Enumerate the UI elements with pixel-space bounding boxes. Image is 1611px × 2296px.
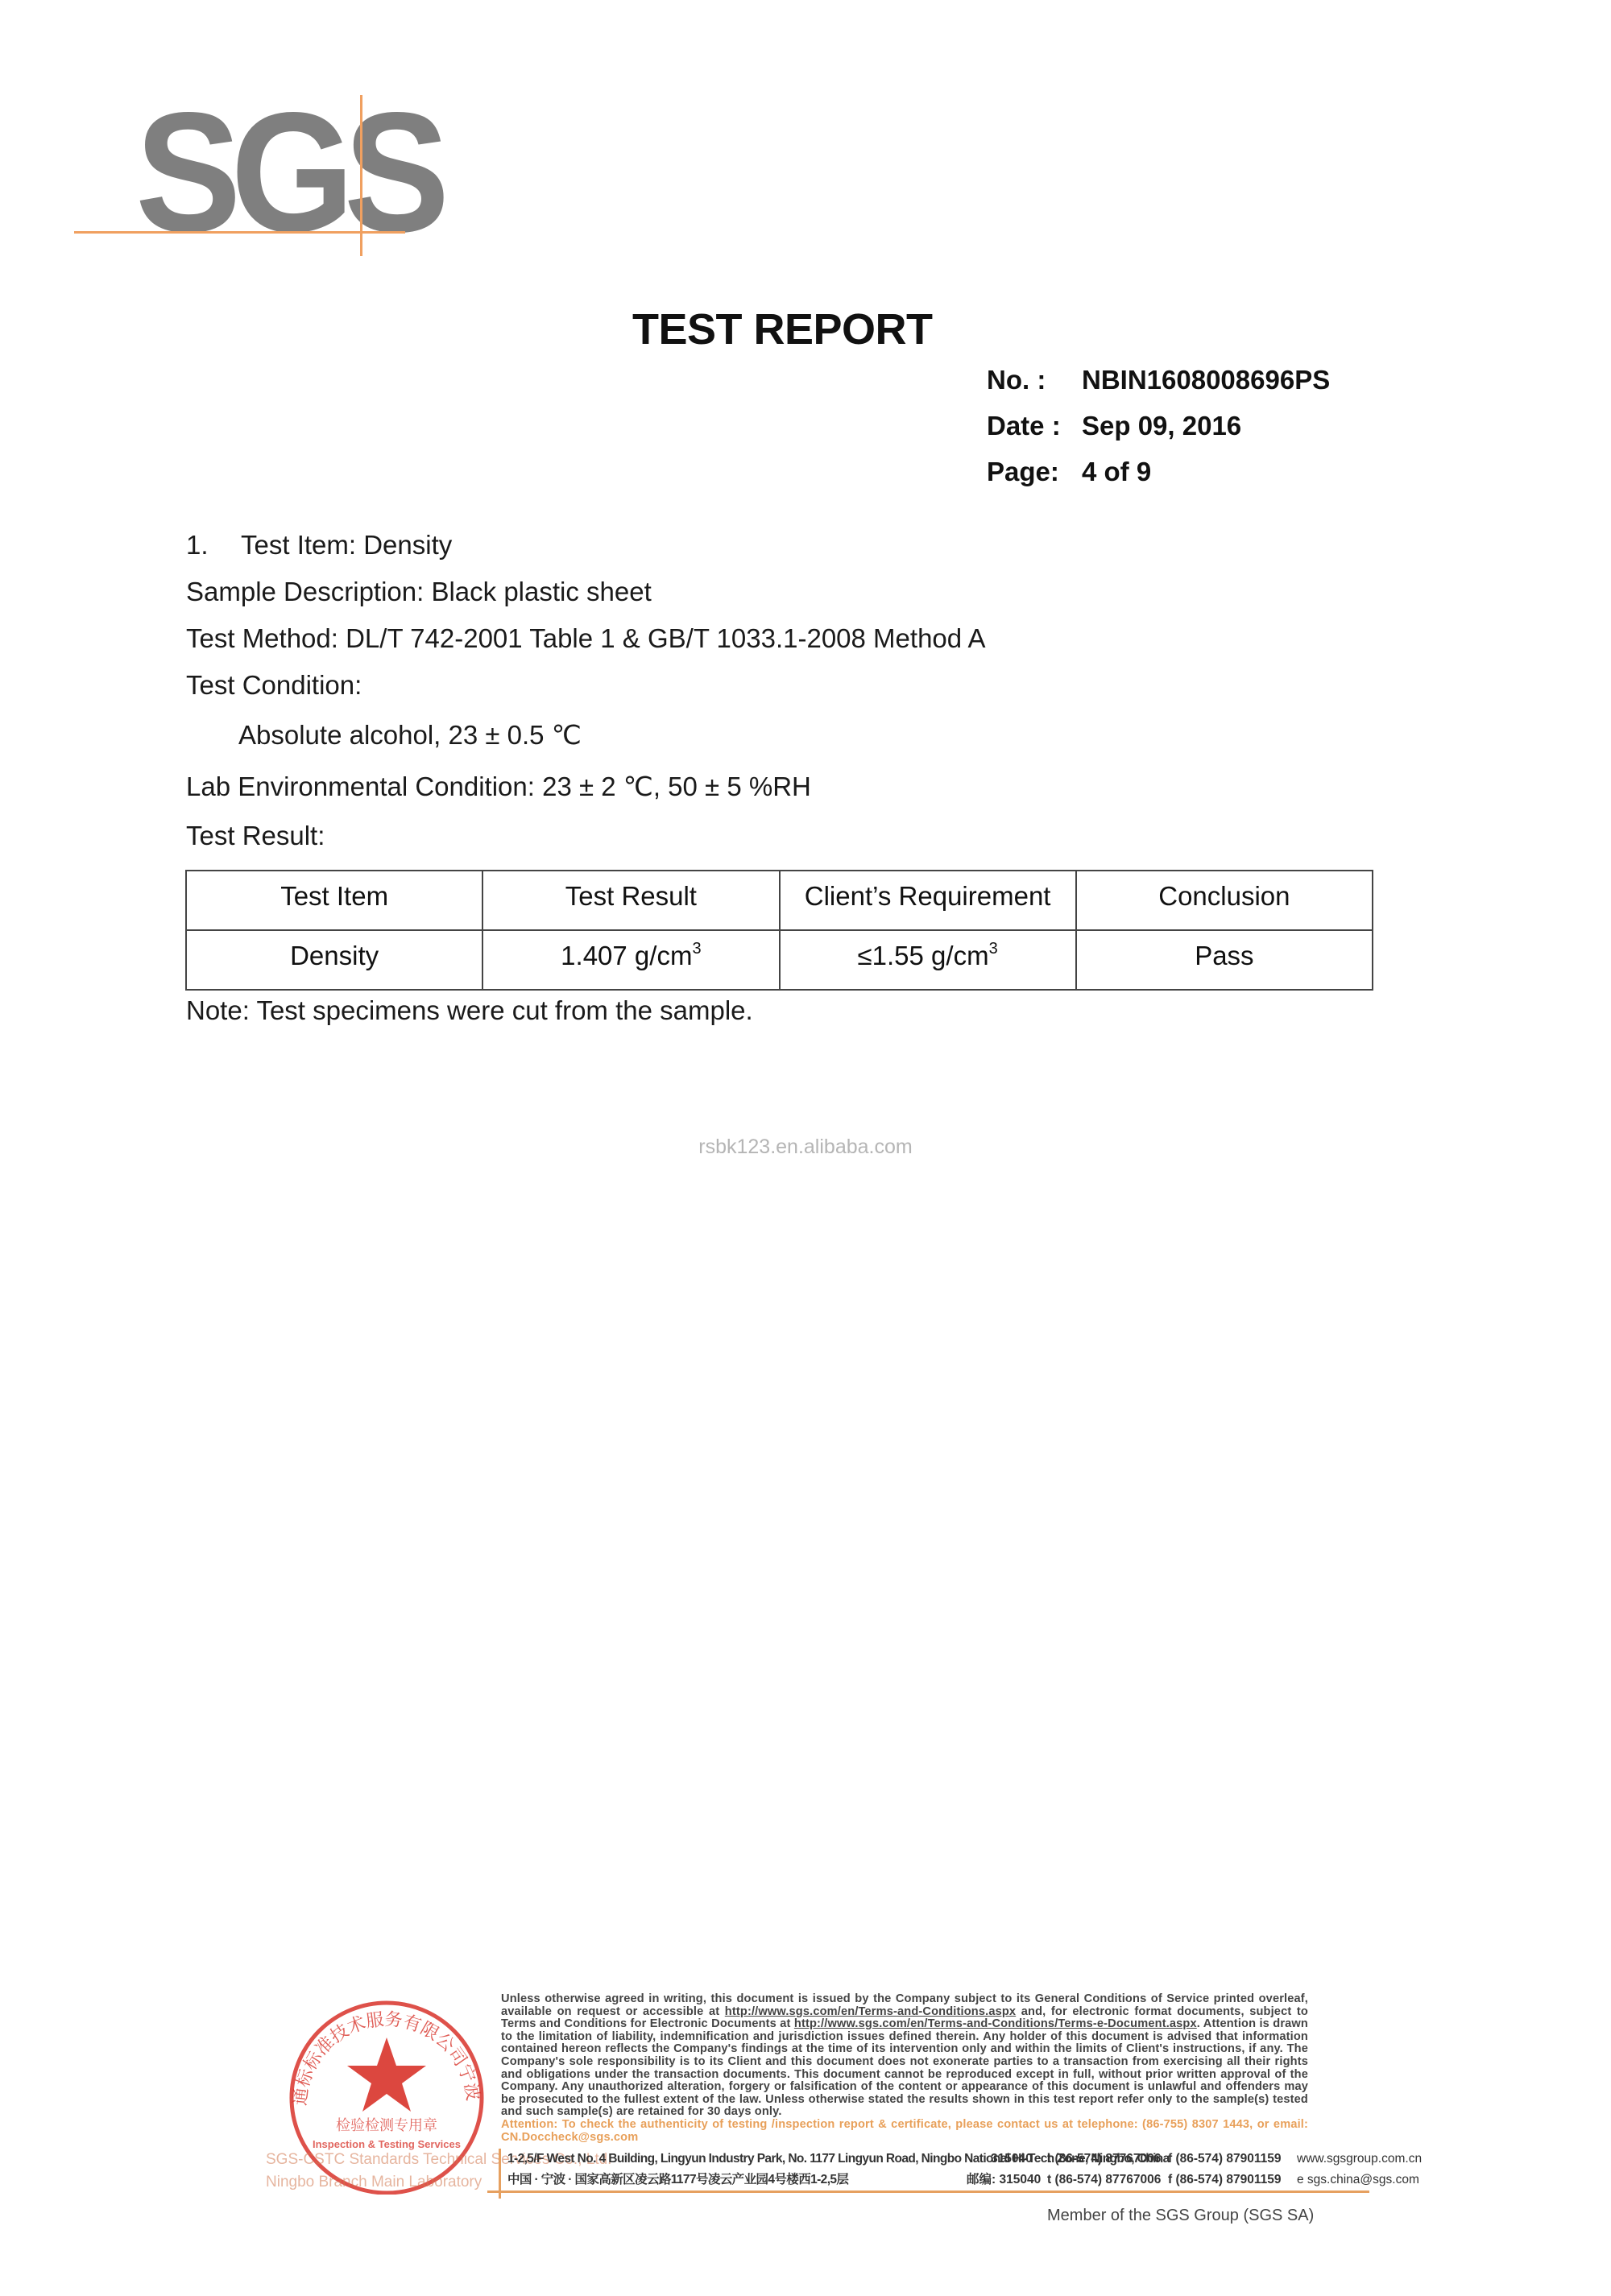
- header-test-item: Test Item: [186, 871, 482, 930]
- address-row-cn: 中国 · 宁波 · 国家高新区凌云路1177号凌云产业园4号楼西1-2,5层 邮…: [507, 2170, 1422, 2191]
- test-result-table: Test Item Test Result Client’s Requireme…: [185, 870, 1373, 991]
- address-text: 中国 · 宁波 · 国家高新区凌云路1177号凌云产业园4号楼西1-2,5层: [507, 2170, 991, 2191]
- lab-environment: Lab Environmental Condition: 23 ± 2 ℃, 5…: [186, 771, 811, 802]
- report-number-label: No. :: [987, 357, 1082, 403]
- page-title: TEST REPORT: [632, 304, 933, 354]
- report-page-row: Page: 4 of 9: [987, 449, 1330, 494]
- company-address: 1-2,5/F West No. 4 Building, Lingyun Ind…: [507, 2149, 1422, 2191]
- cell-test-item: Density: [186, 930, 482, 990]
- sample-description: Sample Description: Black plastic sheet: [186, 577, 652, 607]
- result-value: 1.407 g/cm: [561, 941, 692, 970]
- report-page-label: Page:: [987, 449, 1082, 494]
- address-row-en: 1-2,5/F West No. 4 Building, Lingyun Ind…: [507, 2149, 1422, 2170]
- postal-code: 邮编: 315040: [967, 2170, 1047, 2191]
- report-date-value: Sep 09, 2016: [1082, 403, 1241, 449]
- cell-test-result: 1.407 g/cm3: [482, 930, 779, 990]
- telephone: t (86-574) 87767006: [1047, 2170, 1168, 2191]
- postal-code: 315040: [991, 2149, 1047, 2170]
- address-text: 1-2,5/F West No. 4 Building, Lingyun Ind…: [507, 2149, 991, 2170]
- terms-link[interactable]: http://www.sgs.com/en/Terms-and-Conditio…: [725, 2005, 1016, 2018]
- watermark: rsbk123.en.alibaba.com: [0, 1136, 1611, 1159]
- footer-horizontal-rule: [487, 2191, 1369, 2193]
- test-condition-value: Absolute alcohol, 23 ± 0.5 ℃: [238, 719, 582, 751]
- e-document-terms-link[interactable]: http://www.sgs.com/en/Terms-and-Conditio…: [794, 2017, 1197, 2030]
- member-statement: Member of the SGS Group (SGS SA): [1047, 2207, 1314, 2225]
- report-meta: No. : NBIN1608008696PS Date : Sep 09, 20…: [987, 357, 1330, 494]
- test-item-text: Test Item: Density: [241, 530, 452, 560]
- report-date-label: Date :: [987, 403, 1082, 449]
- star-icon: [347, 2037, 426, 2112]
- header-test-result: Test Result: [482, 871, 779, 930]
- report-date-row: Date : Sep 09, 2016: [987, 403, 1330, 449]
- legal-disclaimer: Unless otherwise agreed in writing, this…: [501, 1993, 1308, 2144]
- website-link[interactable]: www.sgsgroup.com.cn: [1297, 2149, 1422, 2170]
- report-number-row: No. : NBIN1608008696PS: [987, 357, 1330, 403]
- requirement-unit-exponent: 3: [989, 940, 998, 958]
- header-client-requirement: Client’s Requirement: [780, 871, 1076, 930]
- report-number-value: NBIN1608008696PS: [1082, 357, 1330, 403]
- test-method: Test Method: DL/T 742-2001 Table 1 & GB/…: [186, 623, 985, 654]
- fax: f (86-574) 87901159: [1168, 2170, 1297, 2191]
- item-number: 1.: [186, 530, 241, 561]
- stamp-center-cn: 检验检测专用章: [336, 2117, 437, 2134]
- table-row: Density 1.407 g/cm3 ≤1.55 g/cm3 Pass: [186, 930, 1373, 990]
- sgs-logo: SGS: [0, 0, 451, 274]
- requirement-value: ≤1.55 g/cm: [858, 941, 989, 970]
- note: Note: Test specimens were cut from the s…: [186, 995, 753, 1026]
- test-condition-label: Test Condition:: [186, 670, 362, 701]
- authenticity-attention: Attention: To check the authenticity of …: [501, 2118, 1308, 2144]
- report-page-value: 4 of 9: [1082, 449, 1151, 494]
- test-result-label: Test Result:: [186, 821, 325, 851]
- disclaimer-text-3: . Attention is drawn to the limitation o…: [501, 2017, 1308, 2118]
- cell-conclusion: Pass: [1076, 930, 1373, 990]
- fax: f (86-574) 87901159: [1168, 2149, 1297, 2170]
- email-link[interactable]: e sgs.china@sgs.com: [1297, 2170, 1419, 2191]
- logo-baseline-rule: [74, 231, 405, 234]
- header-conclusion: Conclusion: [1076, 871, 1373, 930]
- telephone: t (86-574) 87767006: [1047, 2149, 1168, 2170]
- result-unit-exponent: 3: [692, 940, 701, 958]
- cell-client-requirement: ≤1.55 g/cm3: [780, 930, 1076, 990]
- test-item-line: 1.Test Item: Density: [186, 530, 452, 561]
- table-header-row: Test Item Test Result Client’s Requireme…: [186, 871, 1373, 930]
- logo-vertical-rule: [360, 95, 362, 256]
